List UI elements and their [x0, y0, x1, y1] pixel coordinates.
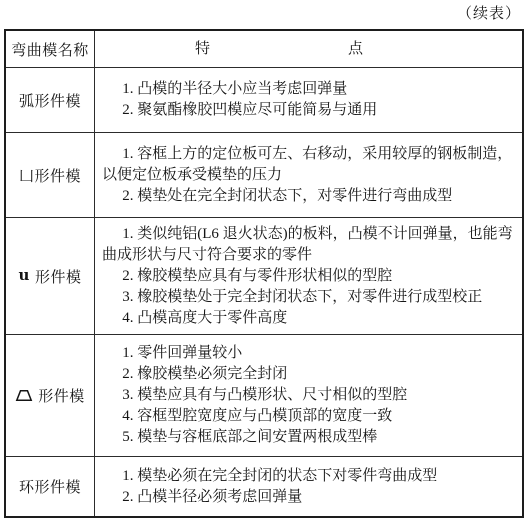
feature-item: 2. 凸模半径必须考虑回弹量 — [102, 487, 517, 508]
header-features-cell: 特 点 — [95, 31, 522, 67]
table-row-trapezoid-mold: 形件模 1. 零件回弹量较小 2. 橡胶模垫必须完全封闭 3. 模垫应具有与凸模… — [6, 334, 522, 456]
features-cell: 1. 模垫必须在完全封闭的状态下对零件弯曲成型 2. 凸模半径必须考虑回弹量 — [95, 457, 522, 516]
feature-item: 4. 凸模高度大于零件高度 — [102, 308, 517, 329]
table-row-u-channel-mold: 凵形件模 1. 容框上方的定位板可左、右移动，采用较厚的钢板制造，以便定位板承受… — [6, 132, 522, 217]
mold-name-cell: 凵形件模 — [6, 133, 95, 217]
scanned-page: （续表） 弯曲模名称 特 点 弧形件模 1. 凸模的半径大小应当考虑回弹量 2.… — [0, 0, 531, 519]
mold-name-cell: 形件模 — [6, 335, 95, 456]
mold-name-cell: 环形件模 — [6, 457, 95, 516]
feature-item: 1. 类似纯铝(L6 退火状态)的板料，凸模不计回弹量，也能弯曲成形状与尺寸符合… — [102, 224, 517, 266]
feature-item: 4. 容框型腔宽度应与凸模顶部的宽度一致 — [102, 406, 517, 427]
feature-item: 1. 容框上方的定位板可左、右移动，采用较厚的钢板制造，以便定位板承受模垫的压力 — [102, 144, 517, 186]
mold-name-label: 形件模 — [38, 385, 85, 406]
header-mold-name-label: 弯曲模名称 — [11, 39, 89, 60]
features-cell: 1. 容框上方的定位板可左、右移动，采用较厚的钢板制造，以便定位板承受模垫的压力… — [95, 133, 522, 217]
mold-characteristics-table: 弯曲模名称 特 点 弧形件模 1. 凸模的半径大小应当考虑回弹量 2. 聚氨酯橡… — [4, 29, 524, 518]
table-header-row: 弯曲模名称 特 点 — [6, 31, 522, 67]
feature-item: 3. 模垫应具有与凸模形状、尺寸相似的型腔 — [102, 385, 517, 406]
feature-item: 2. 聚氨酯橡胶凹模应尽可能简易与通用 — [102, 100, 517, 121]
mold-name-label: 凵形件模 — [19, 165, 81, 186]
mold-name-label: 环形件模 — [19, 476, 81, 497]
table-row-arc-mold: 弧形件模 1. 凸模的半径大小应当考虑回弹量 2. 聚氨酯橡胶凹模应尽可能简易与… — [6, 67, 522, 132]
features-cell: 1. 凸模的半径大小应当考虑回弹量 2. 聚氨酯橡胶凹模应尽可能简易与通用 — [95, 68, 522, 132]
feature-item: 1. 模垫必须在完全封闭的状态下对零件弯曲成型 — [102, 466, 517, 487]
mold-name-cell: 弧形件模 — [6, 68, 95, 132]
feature-item: 2. 橡胶模垫应具有与零件形状相似的型腔 — [102, 266, 517, 287]
mold-name-label: 形件模 — [35, 266, 82, 287]
u-shape-glyph: u — [19, 268, 30, 283]
table-row-ring-mold: 环形件模 1. 模垫必须在完全封闭的状态下对零件弯曲成型 2. 凸模半径必须考虑… — [6, 456, 522, 516]
feature-item: 5. 模垫与容框底部之间安置两根成型棒 — [102, 427, 517, 448]
feature-item: 2. 模垫处在完全封闭状态下，对零件进行弯曲成型 — [102, 186, 517, 207]
feature-item: 1. 零件回弹量较小 — [102, 343, 517, 364]
header-features-char1: 特 — [195, 39, 210, 60]
continuation-note: （续表） — [457, 2, 521, 23]
features-cell: 1. 类似纯铝(L6 退火状态)的板料，凸模不计回弹量，也能弯曲成形状与尺寸符合… — [95, 218, 522, 334]
header-features-char2: 点 — [348, 39, 363, 60]
feature-item: 1. 凸模的半径大小应当考虑回弹量 — [102, 79, 517, 100]
mold-name-label: 弧形件模 — [19, 90, 81, 111]
table-row-u-shape-mold: u 形件模 1. 类似纯铝(L6 退火状态)的板料，凸模不计回弹量，也能弯曲成形… — [6, 217, 522, 334]
trapezoid-icon — [15, 389, 33, 402]
feature-item: 2. 橡胶模垫必须完全封闭 — [102, 364, 517, 385]
header-mold-name-cell: 弯曲模名称 — [6, 31, 95, 67]
mold-name-cell: u 形件模 — [6, 218, 95, 334]
features-cell: 1. 零件回弹量较小 2. 橡胶模垫必须完全封闭 3. 模垫应具有与凸模形状、尺… — [95, 335, 522, 456]
feature-item: 3. 橡胶模垫处于完全封闭状态下，对零件进行成型校正 — [102, 287, 517, 308]
